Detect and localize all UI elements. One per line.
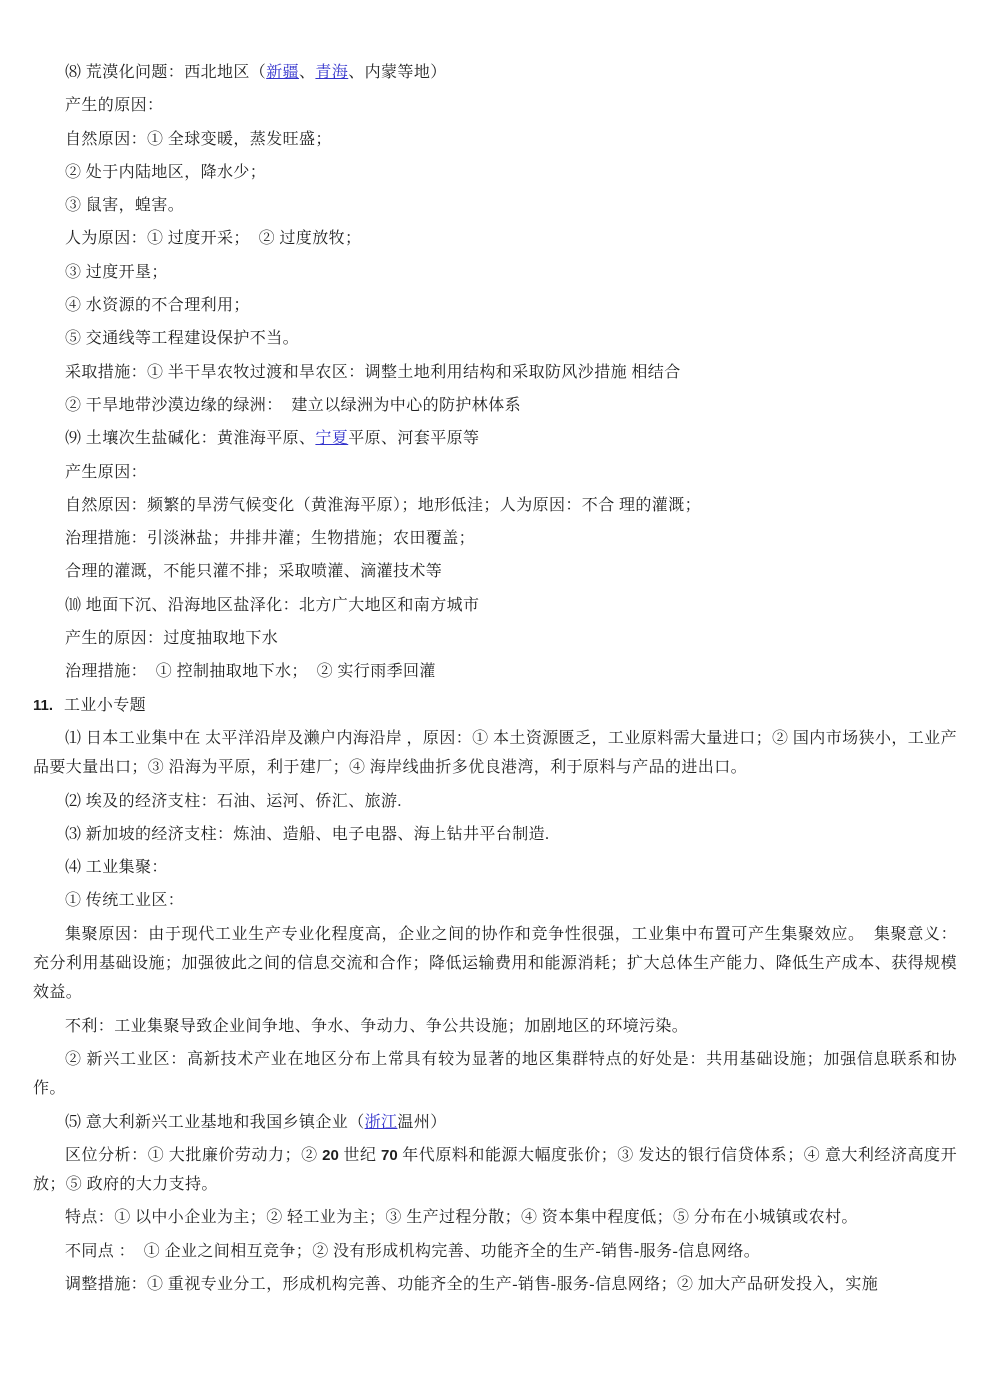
text-run: ⑷ 工业集聚： (65, 859, 168, 876)
para-traditional-zone-heading: ① 传统工业区： (33, 886, 957, 915)
text-run: ② 新兴工业区：高新技术产业在地区分布上常具有较为显著的地区集群特点的好处是：共… (33, 1051, 957, 1097)
para-salinization-causes-heading: 产生原因： (33, 458, 957, 487)
text-run: 工业小专题 (64, 697, 146, 714)
text-run: 集聚原因：由于现代工业生产专业化程度高，企业之间的协作和竞争性很强，工业集中布置… (33, 926, 957, 1002)
para-human-cause-5: ⑤ 交通线等工程建设保护不当。 (33, 324, 957, 353)
text-run: ② 干旱地带沙漠边缘的绿洲： 建立以绿洲为中心的防护林体系 (65, 397, 521, 414)
text-run: ⑻ 荒漠化问题：西北地区（ (65, 64, 266, 81)
text-run: ④ 水资源的不合理利用； (65, 297, 250, 314)
para-new-industrial-zone: ② 新兴工业区：高新技术产业在地区分布上常具有较为显著的地区集群特点的好处是：共… (33, 1045, 957, 1104)
text-run: 、内蒙等地） (348, 64, 446, 81)
text-run: 特点：① 以中小企业为主；② 轻工业为主；③ 生产过程分散；④ 资本集中程度低；… (65, 1209, 858, 1226)
text-run: 自然原因：频繁的旱涝气候变化（黄淮海平原）；地形低洼；人为原因：不合 理的灌溉； (65, 497, 701, 514)
text-run: 合理的灌溉，不能只灌不排；采取喷灌、滴灌技术等 (65, 563, 442, 580)
para-subsidence-title: ⑽ 地面下沉、沿海地区盐泽化：北方广大地区和南方城市 (33, 591, 957, 620)
para-salinization-title: ⑼ 土壤次生盐碱化：黄淮海平原、宁夏平原、河套平原等 (33, 424, 957, 453)
text-run: ⑼ 土壤次生盐碱化：黄淮海平原、 (65, 430, 315, 447)
hyperlink[interactable]: 宁夏 (315, 430, 348, 447)
para-measure-1: 采取措施：① 半干旱农牧过渡和旱农区：调整土地利用结构和采取防风沙措施 相结合 (33, 358, 957, 387)
text-run: ⑤ 交通线等工程建设保护不当。 (65, 330, 299, 347)
text-run: ⑴ 日本工业集中在 太平洋沿岸及濑户内海沿岸 ，原因：① 本土资源匮乏，工业原料… (33, 730, 957, 776)
para-salinization-measures-2: 合理的灌溉，不能只灌不排；采取喷灌、滴灌技术等 (33, 557, 957, 586)
para-italy-location-analysis: 区位分析：① 大批廉价劳动力；② 20 世纪 70 年代原料和能源大幅度张价；③… (33, 1141, 957, 1200)
hyperlink[interactable]: 新疆 (266, 64, 299, 81)
para-desertification-title: ⑻ 荒漠化问题：西北地区（新疆、青海、内蒙等地） (33, 58, 957, 87)
para-human-cause-1-2: 人为原因：① 过度开采； ② 过度放牧； (33, 224, 957, 253)
para-singapore-economy: ⑶ 新加坡的经济支柱：炼油、造船、电子电器、海上钻井平台制造. (33, 820, 957, 849)
text-run: 调整措施：① 重视专业分工，形成机构完善、功能齐全的生产-销售-服务-信息网络；… (65, 1276, 878, 1293)
para-agglomeration-reason: 集聚原因：由于现代工业生产专业化程度高，企业之间的协作和竞争性很强，工业集中布置… (33, 920, 957, 1008)
bold-number: 70 (381, 1147, 398, 1164)
text-run: 区位分析：① 大批廉价劳动力；② (65, 1147, 322, 1164)
text-run: 世纪 (339, 1147, 381, 1164)
text-run: ⑶ 新加坡的经济支柱：炼油、造船、电子电器、海上钻井平台制造. (65, 826, 549, 843)
para-adjustment-measures: 调整措施：① 重视专业分工，形成机构完善、功能齐全的生产-销售-服务-信息网络；… (33, 1270, 957, 1299)
para-egypt-economy: ⑵ 埃及的经济支柱：石油、运河、侨汇、旅游. (33, 787, 957, 816)
para-italy-title: ⑸ 意大利新兴工业基地和我国乡镇企业（浙江温州） (33, 1108, 957, 1137)
para-causes-heading: 产生的原因： (33, 91, 957, 120)
text-run: 平原、河套平原等 (348, 430, 479, 447)
text-run: 产生的原因：过度抽取地下水 (65, 630, 278, 647)
para-industry-section-heading: 11.工业小专题 (33, 691, 957, 720)
para-measure-2: ② 干旱地带沙漠边缘的绿洲： 建立以绿洲为中心的防护林体系 (33, 391, 957, 420)
para-natural-cause-1: 自然原因：① 全球变暖，蒸发旺盛； (33, 125, 957, 154)
text-run: ⑸ 意大利新兴工业基地和我国乡镇企业（ (65, 1114, 365, 1131)
para-japan-industry: ⑴ 日本工业集中在 太平洋沿岸及濑户内海沿岸 ，原因：① 本土资源匮乏，工业原料… (33, 724, 957, 783)
text-run: 治理措施： ① 控制抽取地下水； ② 实行雨季回灌 (65, 663, 436, 680)
para-salinization-natural: 自然原因：频繁的旱涝气候变化（黄淮海平原）；地形低洼；人为原因：不合 理的灌溉； (33, 491, 957, 520)
text-run: ⑽ 地面下沉、沿海地区盐泽化：北方广大地区和南方城市 (65, 597, 479, 614)
text-run: 采取措施：① 半干旱农牧过渡和旱农区：调整土地利用结构和采取防风沙措施 相结合 (65, 364, 681, 381)
para-human-cause-4: ④ 水资源的不合理利用； (33, 291, 957, 320)
para-agglomeration-downside: 不利：工业集聚导致企业间争地、争水、争动力、争公共设施；加剧地区的环境污染。 (33, 1012, 957, 1041)
text-run: 人为原因：① 过度开采； ② 过度放牧； (65, 230, 361, 247)
list-number: 11. (33, 697, 53, 714)
para-agglomeration-heading: ⑷ 工业集聚： (33, 853, 957, 882)
para-subsidence-cause: 产生的原因：过度抽取地下水 (33, 624, 957, 653)
text-run: 温州） (397, 1114, 446, 1131)
para-natural-cause-3: ③ 鼠害，蝗害。 (33, 191, 957, 220)
bold-number: 20 (322, 1147, 339, 1164)
text-run: ⑵ 埃及的经济支柱：石油、运河、侨汇、旅游. (65, 793, 402, 810)
document-body: ⑻ 荒漠化问题：西北地区（新疆、青海、内蒙等地）产生的原因：自然原因：① 全球变… (33, 58, 957, 1299)
hyperlink[interactable]: 青海 (315, 64, 348, 81)
para-human-cause-3: ③ 过度开垦； (33, 258, 957, 287)
para-differences: 不同点 ： ① 企业之间相互竞争；② 没有形成机构完善、功能齐全的生产-销售-服… (33, 1237, 957, 1266)
text-run: ③ 过度开垦； (65, 264, 168, 281)
text-run: 、 (299, 64, 315, 81)
para-subsidence-measures: 治理措施： ① 控制抽取地下水； ② 实行雨季回灌 (33, 657, 957, 686)
text-run: 产生的原因： (65, 97, 163, 114)
text-run: ② 处于内陆地区，降水少； (65, 164, 266, 181)
para-natural-cause-2: ② 处于内陆地区，降水少； (33, 158, 957, 187)
document-page: ⑻ 荒漠化问题：西北地区（新疆、青海、内蒙等地）产生的原因：自然原因：① 全球变… (0, 0, 987, 1398)
text-run: 产生原因： (65, 464, 147, 481)
text-run: ③ 鼠害，蝗害。 (65, 197, 184, 214)
text-run: 不利：工业集聚导致企业间争地、争水、争动力、争公共设施；加剧地区的环境污染。 (65, 1018, 688, 1035)
text-run: 不同点 ： ① 企业之间相互竞争；② 没有形成机构完善、功能齐全的生产-销售-服… (65, 1243, 760, 1260)
para-italy-features: 特点：① 以中小企业为主；② 轻工业为主；③ 生产过程分散；④ 资本集中程度低；… (33, 1203, 957, 1232)
para-salinization-measures-1: 治理措施：引淡淋盐；井排井灌；生物措施；农田覆盖； (33, 524, 957, 553)
hyperlink[interactable]: 浙江 (365, 1114, 398, 1131)
text-run: ① 传统工业区： (65, 892, 184, 909)
text-run: 自然原因：① 全球变暖，蒸发旺盛； (65, 131, 332, 148)
text-run: 治理措施：引淡淋盐；井排井灌；生物措施；农田覆盖； (65, 530, 475, 547)
